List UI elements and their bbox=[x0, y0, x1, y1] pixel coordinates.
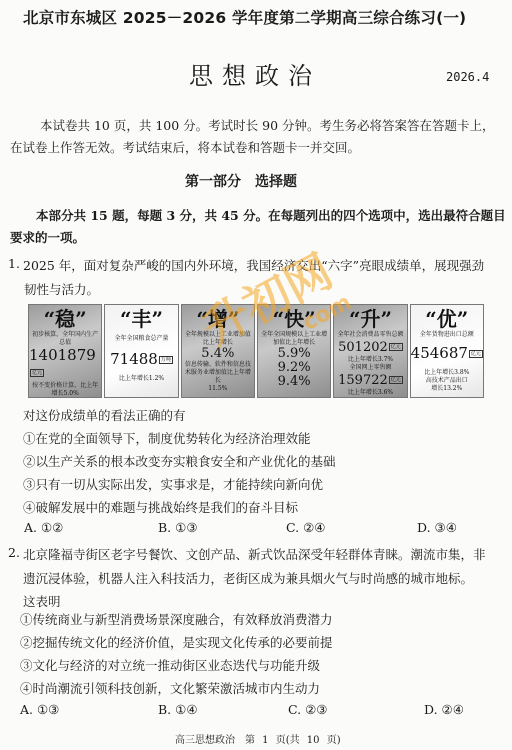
question-1-choice-d[interactable]: D. ③④ bbox=[417, 520, 457, 535]
infographic-panel-harvest: “丰” 全年全国粮食总产量 71488万吨 比上年增长1.2% bbox=[104, 304, 178, 398]
question-2-choice-b[interactable]: B. ①④ bbox=[158, 702, 198, 717]
subject-title: 思想政治 bbox=[189, 56, 321, 91]
question-2-choice-a[interactable]: A. ①③ bbox=[20, 702, 59, 717]
question-2-statement-1: ①传统商业与新型消费场景深度融合，有效释放消费潜力 bbox=[20, 610, 333, 628]
question-2-statement-4: ④时尚潮流引领科技创新，文化繁荣激活城市内生动力 bbox=[20, 679, 320, 697]
question-1-statement-2: ②以生产关系的根本改变夯实粮食安全和产业优化的基础 bbox=[23, 452, 336, 470]
exam-page: 北京市东城区 2025－2026 学年度第二学期高三综合练习(一) 思想政治 2… bbox=[0, 0, 512, 750]
question-1-prompt: 对这份成绩单的看法正确的有 bbox=[23, 406, 186, 424]
question-1-stem-line-1: 2025 年，面对复杂严峻的国内外环境，我国经济交出“六字”亮眼成绩单，展现强劲 bbox=[23, 256, 484, 274]
question-1-choice-a[interactable]: A. ①② bbox=[24, 520, 63, 535]
exam-header-title: 北京市东城区 2025－2026 学年度第二学期高三综合练习(一) bbox=[23, 6, 466, 28]
question-1-statement-3: ③只有一切从实际出发，实事求是，才能持续向新向优 bbox=[23, 475, 323, 493]
infographic-panel-excellent: “优” 全年货物进出口总额 454687亿元 比上年增长3.8% 高技术产品出口… bbox=[410, 304, 484, 398]
section-intro-line-1: 本部分共 15 题，每题 3 分，共 45 分。在每题列出的四个选项中，选出最符… bbox=[36, 205, 506, 227]
exam-date: 2026.4 bbox=[446, 70, 489, 84]
question-2-stem-line-1: 北京隆福寺街区老字号餐饮、文创产品、新式饮品深受年轻群体青睐。潮流市集，非 bbox=[23, 545, 486, 563]
infographic-panel-growth: “增” 全年规模以上工业增加值比上年增长 5.4% 信息传输、软件和信息技术服务… bbox=[181, 304, 255, 398]
question-1-choice-c[interactable]: C. ②④ bbox=[286, 520, 325, 535]
page-footer: 高三思想政治 第 1 页(共 10 页) bbox=[175, 731, 341, 746]
question-2-number: 2. bbox=[8, 545, 20, 560]
economic-report-infographic: “稳” 初步核算，全年国内生产总值 1401879亿元 按不变价格计算，比上年增… bbox=[28, 304, 484, 398]
question-2-statement-2: ②挖掘传统文化的经济价值，是实现文化传承的必要前提 bbox=[20, 633, 333, 651]
question-1-statement-1: ①在党的全面领导下，制度优势转化为经济治理效能 bbox=[23, 429, 311, 447]
instructions-line-2: 在试卷上作答无效。考试结束后，将本试卷和答题卡一并交回。 bbox=[10, 137, 360, 159]
question-1-stem-line-2: 韧性与活力。 bbox=[24, 280, 99, 298]
infographic-panel-stable: “稳” 初步核算，全年国内生产总值 1401879亿元 按不变价格计算，比上年增… bbox=[28, 304, 102, 398]
question-1-choice-b[interactable]: B. ①③ bbox=[158, 520, 198, 535]
section-intro-line-2: 要求的一项。 bbox=[10, 227, 85, 249]
infographic-panel-rise: “升” 全年社会消费品零售总额 501202亿元 比上年增长3.7% 全国网上零… bbox=[333, 304, 407, 398]
question-2-choice-c[interactable]: C. ②③ bbox=[288, 702, 327, 717]
question-1-number: 1. bbox=[8, 256, 20, 271]
question-2-statement-3: ③文化与经济的对立统一推动街区业态迭代与功能升级 bbox=[20, 656, 320, 674]
infographic-panel-fast: “快” 全年全国规模以上工业增加值比上年增长 5.9% 9.2% 9.4% bbox=[257, 304, 331, 398]
instructions-line-1: 本试卷共 10 页，共 100 分。考试时长 90 分钟。考生务必将答案答在答题… bbox=[40, 115, 495, 137]
question-2-choice-d[interactable]: D. ②④ bbox=[424, 702, 464, 717]
question-1-statement-4: ④破解发展中的难题与挑战始终是我们的奋斗目标 bbox=[23, 498, 298, 516]
question-2-stem-line-2: 遗沉浸体验，机器人注入科技活力，老街区成为兼具烟火气与时尚感的城市地标。 bbox=[23, 569, 473, 587]
section-title: 第一部分 选择题 bbox=[185, 171, 297, 191]
question-2-stem-line-3: 这表明 bbox=[23, 592, 61, 610]
